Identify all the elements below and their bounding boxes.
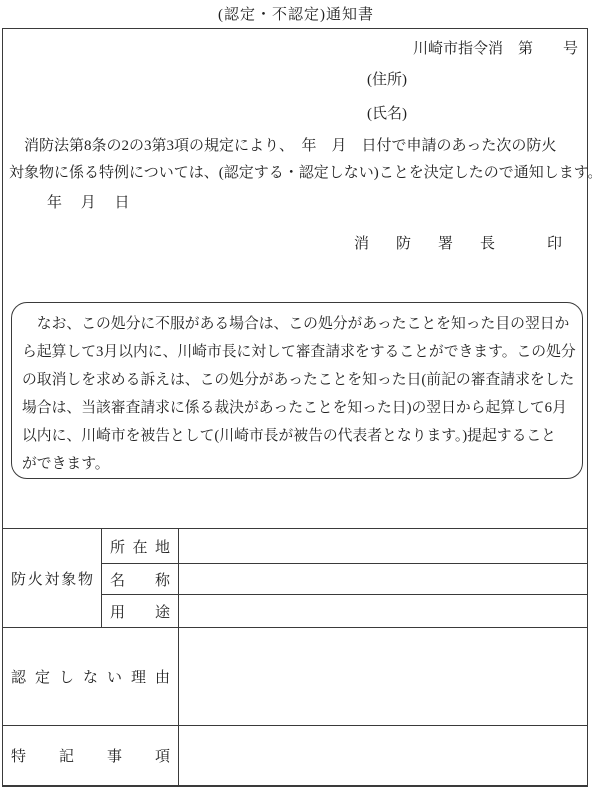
appeal-note-line-2: ら起算して3月以内に、川崎市長に対して審査請求をすることができます。この処分: [22, 338, 572, 366]
date-line: 年 月 日: [47, 191, 130, 212]
location-value-cell: [179, 529, 588, 564]
fire-chief-signature: 消 防 署 長: [354, 232, 501, 253]
use-value-cell: [179, 595, 588, 628]
document-title: (認定・不認定)通知書: [0, 3, 592, 24]
appeal-note-line-4: 場合は、当該審査請求に係る裁決があったことを知った日)の翌日から起算して6月: [22, 394, 572, 422]
use-label-cell: 用途: [102, 595, 179, 628]
main-paragraph-line-2: 対象物に係る特例については、(認定する・認定しない)ことを決定したので通知します…: [9, 160, 585, 187]
special-notes-value-cell: [179, 726, 588, 786]
seal-mark: 印: [547, 232, 562, 253]
main-paragraph-line-1: 消防法第8条の2の3第3項の規定により、 年 月 日付で申請のあった次の防火: [9, 133, 585, 160]
appeal-note-line-5: 以内に、川崎市を被告として(川崎市長が被告の代表者となります。)提起すること: [22, 422, 572, 450]
fire-object-label-cell: 防火対象物: [3, 529, 102, 628]
name-label-cell: 名称: [102, 564, 179, 595]
document-border-frame: 川崎市指令消 第 号 (住所) (氏名) 消防法第8条の2の3第3項の規定により…: [2, 28, 588, 787]
appeal-note-line-1: なお、この処分に不服がある場合は、この処分があったことを知った目の翌日か: [22, 310, 572, 338]
name-value-cell: [179, 564, 588, 595]
address-label: (住所): [367, 68, 407, 89]
appeal-note-box: なお、この処分に不服がある場合は、この処分があったことを知った目の翌日か ら起算…: [11, 302, 583, 479]
table-row-reason: 認定しない理由: [3, 628, 588, 726]
main-paragraph: 消防法第8条の2の3第3項の規定により、 年 月 日付で申請のあった次の防火 対…: [9, 133, 585, 187]
special-notes-label-cell: 特記事項: [3, 726, 179, 786]
document-page: (認定・不認定)通知書 川崎市指令消 第 号 (住所) (氏名) 消防法第8条の…: [0, 0, 592, 789]
location-label-cell: 所在地: [102, 529, 179, 564]
table-row-special-notes: 特記事項: [3, 726, 588, 786]
reason-label-cell: 認定しない理由: [3, 628, 179, 726]
document-number: 川崎市指令消 第 号: [413, 37, 578, 58]
reason-value-cell: [179, 628, 588, 726]
form-table: 防火対象物 所在地 名称 用途 認定しない理由 特記事項: [2, 528, 588, 786]
appeal-note-line-6: ができます。: [22, 450, 572, 478]
name-label: (氏名): [367, 102, 407, 123]
appeal-note-line-3: の取消しを求める訴えは、この処分があったことを知った日(前記の審査請求をした: [22, 366, 572, 394]
table-row-location: 防火対象物 所在地: [3, 529, 588, 564]
